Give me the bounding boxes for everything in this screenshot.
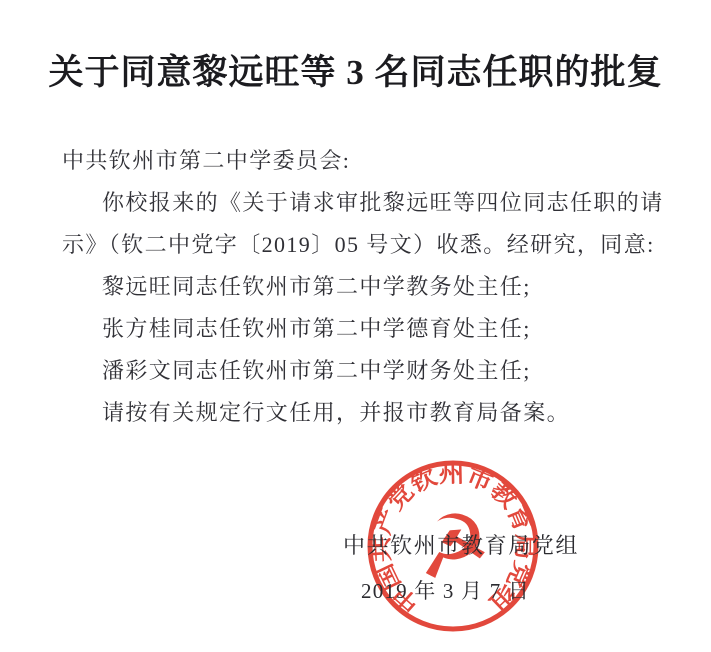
document-title: 关于同意黎远旺等 3 名同志任职的批复 (0, 50, 711, 96)
body-line: 潘彩文同志任钦州市第二中学财务处主任; (62, 350, 672, 392)
body-line: 黎远旺同志任钦州市第二中学教务处主任; (62, 266, 672, 308)
signature-organization: 中共钦州市教育局党组 (343, 529, 579, 560)
signature-date: 2019 年 3 月 7 日 (361, 575, 530, 605)
document-body: 中共钦州市第二中学委员会: 你校报来的《关于请求审批黎远旺等四位同志任职的请 示… (62, 140, 672, 434)
body-line: 张方桂同志任钦州市第二中学德育处主任; (62, 308, 672, 350)
body-line: 你校报来的《关于请求审批黎远旺等四位同志任职的请 (62, 182, 672, 224)
body-line: 请按有关规定行文任用，并报市教育局备案。 (62, 392, 672, 434)
official-document-page: 关于同意黎远旺等 3 名同志任职的批复 中共钦州市第二中学委员会: 你校报来的《… (0, 0, 711, 652)
body-line: 示》（钦二中党字〔2019〕05 号文）收悉。经研究，同意: (62, 224, 672, 266)
salutation-line: 中共钦州市第二中学委员会: (62, 140, 672, 182)
